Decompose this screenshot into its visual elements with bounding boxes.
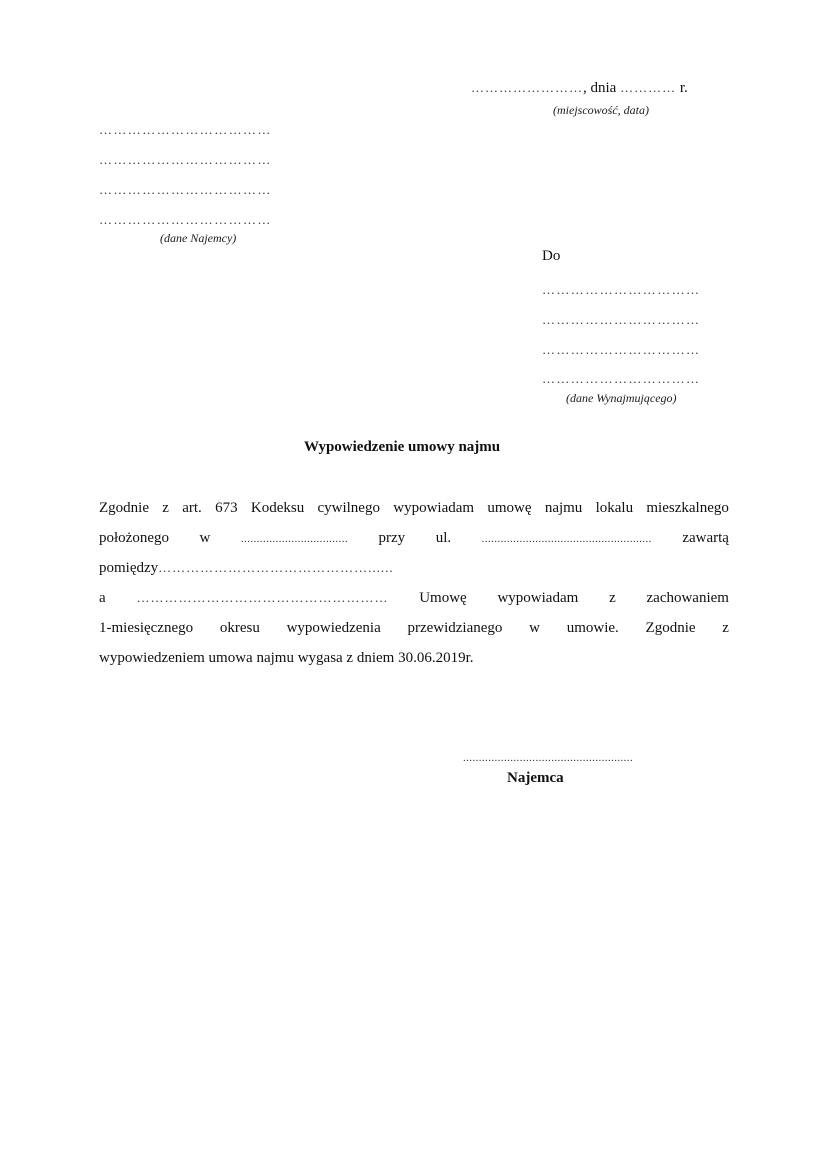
tenant-line-2[interactable]: ……………………………… [99, 152, 305, 168]
body-word: Kodeksu [251, 493, 304, 523]
place-date-caption: (miejscowość, data) [553, 103, 649, 118]
body-word: umowie. [567, 613, 619, 643]
year-suffix: r. [680, 80, 688, 96]
body-word: zachowaniem [647, 583, 729, 613]
tenant-line-4[interactable]: ……………………………… [99, 212, 305, 228]
tenant-line-1[interactable]: ……………………………… [99, 122, 305, 138]
body-word: z [722, 613, 729, 643]
body-line: Zgodniezart.673Kodeksucywilnegowypowiada… [99, 493, 729, 523]
body-word: położonego [99, 523, 169, 553]
body-word: ul. [436, 523, 451, 553]
body-word: lokalu [596, 493, 634, 523]
dnia-label: , dnia [583, 80, 616, 96]
body-line: pomiędzy………………………………………...... [99, 553, 729, 583]
body-word: w [200, 523, 211, 553]
body-word: z [162, 493, 169, 523]
blank-field[interactable]: ........................................… [482, 524, 652, 554]
body-line: położonegow.............................… [99, 523, 729, 553]
landlord-line-1[interactable]: …………………………… [542, 282, 730, 298]
tenant-caption: (dane Najemcy) [160, 231, 236, 246]
landlord-caption: (dane Wynajmującego) [566, 391, 677, 406]
blank-field[interactable]: ………………………………………...... [158, 553, 394, 583]
body-text: wypowiedzeniem umowa najmu wygasa z dnie… [99, 643, 474, 673]
body-word: wypowiedzenia [287, 613, 381, 643]
body-word: Zgodnie [646, 613, 696, 643]
body-word: okresu [220, 613, 260, 643]
signature-field[interactable]: ........................................… [463, 752, 633, 764]
blank-field[interactable]: .................................. [241, 524, 348, 554]
place-field[interactable]: …………………… [471, 80, 583, 95]
body-word: przewidzianego [407, 613, 502, 643]
body-word: 673 [215, 493, 238, 523]
tenant-line-3[interactable]: ……………………………… [99, 182, 305, 198]
body-word: wypowiadam [497, 583, 578, 613]
body-paragraph: Zgodniezart.673Kodeksucywilnegowypowiada… [99, 493, 729, 673]
body-word: 1-miesięcznego [99, 613, 193, 643]
body-word: zawartą [682, 523, 729, 553]
to-label: Do [542, 248, 560, 265]
date-field[interactable]: ………… [620, 80, 676, 95]
body-word: mieszkalnego [646, 493, 728, 523]
body-word: umowę [487, 493, 531, 523]
landlord-line-4[interactable]: …………………………… [542, 371, 730, 387]
landlord-line-2[interactable]: …………………………… [542, 312, 730, 328]
body-word: Zgodnie [99, 493, 149, 523]
landlord-line-3[interactable]: …………………………… [542, 342, 730, 358]
body-word: przy [379, 523, 406, 553]
body-text: pomiędzy [99, 553, 158, 583]
body-word: z [609, 583, 616, 613]
body-line: a………………………………………………Umowęwypowiadamzzacho… [99, 583, 729, 613]
body-word: w [529, 613, 540, 643]
body-line: wypowiedzeniem umowa najmu wygasa z dnie… [99, 643, 729, 673]
body-word: Umowę [419, 583, 467, 613]
body-word: cywilnego [317, 493, 379, 523]
body-word: najmu [545, 493, 583, 523]
body-word: wypowiadam [393, 493, 474, 523]
body-word: art. [182, 493, 202, 523]
blank-field[interactable]: ……………………………………………… [136, 583, 388, 613]
body-line: 1-miesięcznegookresuwypowiedzeniaprzewid… [99, 613, 729, 643]
body-word: a [99, 583, 106, 613]
place-date-line: ……………………, dnia ………… r. [471, 80, 688, 97]
document-title: Wypowiedzenie umowy najmu [304, 439, 500, 456]
signature-label: Najemca [507, 770, 564, 787]
